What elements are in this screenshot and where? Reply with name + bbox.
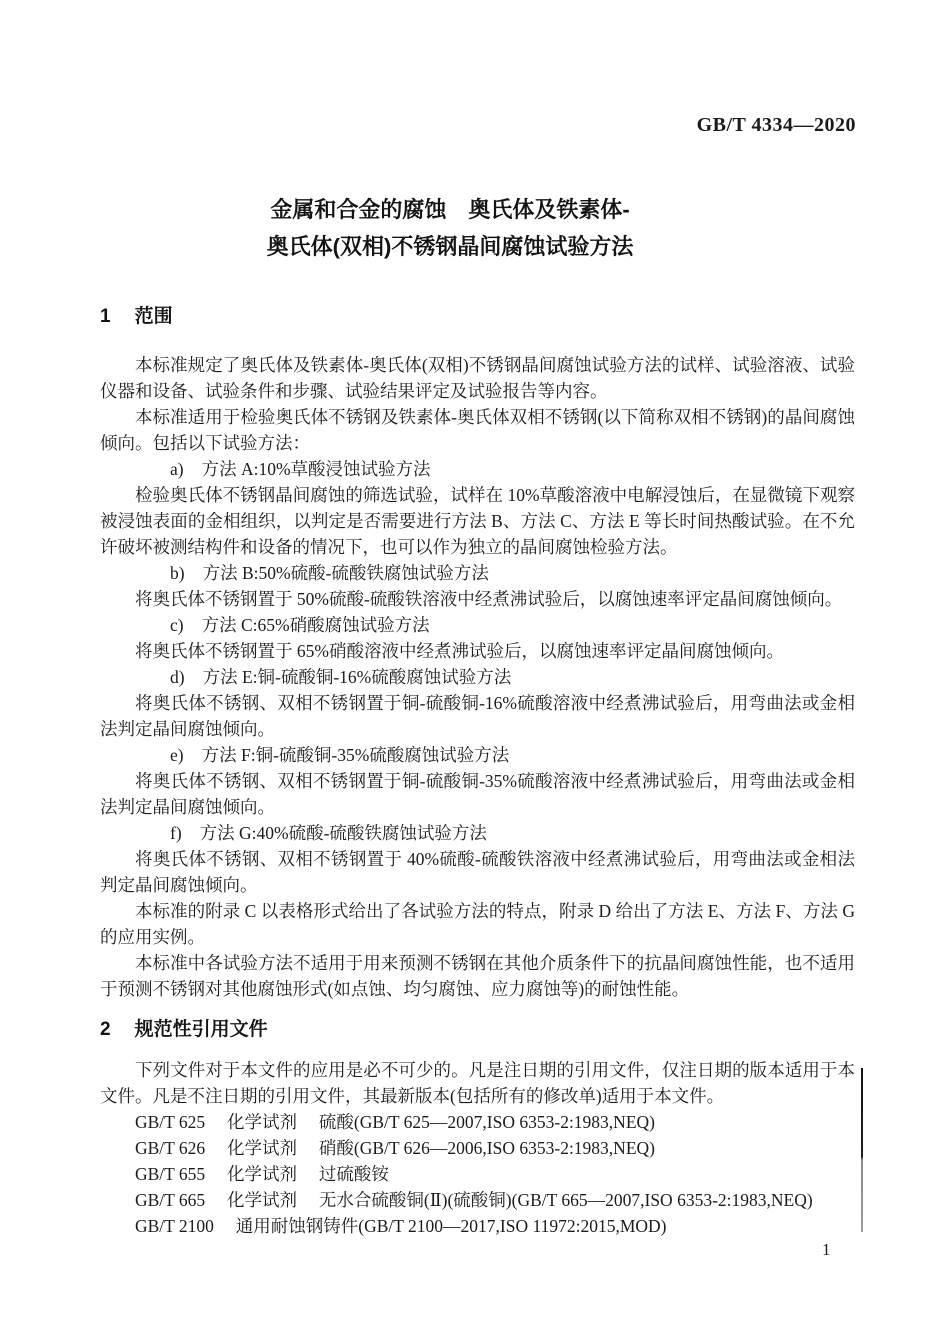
list-item-label: c) [135, 612, 184, 638]
section-2-heading: 2规范性引用文件 [100, 1018, 855, 1042]
document-title: 金属和合金的腐蚀 奥氏体及铁素体- 奥氏体(双相)不锈钢晶间腐蚀试验方法 [100, 191, 855, 265]
paragraph: 将奥氏体不锈钢、双相不锈钢置于铜-硫酸铜-16%硫酸溶液中经煮沸试验后，用弯曲法… [100, 690, 855, 742]
paragraph: 将奥氏体不锈钢置于 50%硫酸-硫酸铁溶液中经煮沸试验后，以腐蚀速率评定晶间腐蚀… [100, 586, 855, 612]
list-item: f)方法 G:40%硫酸-硫酸铁腐蚀试验方法 [100, 820, 855, 846]
paragraph: 本标准适用于检验奥氏体不锈钢及铁素体-奥氏体双相不锈钢(以下简称双相不锈钢)的晶… [100, 404, 855, 456]
paragraph: 将奥氏体不锈钢置于 65%硝酸溶液中经煮沸试验后，以腐蚀速率评定晶间腐蚀倾向。 [100, 638, 855, 664]
reference-entry: GB/T 625 化学试剂 硫酸(GB/T 625—2007,ISO 6353-… [100, 1109, 855, 1135]
paragraph: 将奥氏体不锈钢、双相不锈钢置于 40%硫酸-硫酸铁溶液中经煮沸试验后，用弯曲法或… [100, 846, 855, 898]
paragraph: 本标准的附录 C 以表格形式给出了各试验方法的特点，附录 D 给出了方法 E、方… [100, 898, 855, 950]
standard-code: GB/T 4334—2020 [697, 114, 856, 137]
reference-entry: GB/T 655 化学试剂 过硫酸铵 [100, 1161, 855, 1187]
list-item: b)方法 B:50%硫酸-硫酸铁腐蚀试验方法 [100, 560, 855, 586]
paragraph: 将奥氏体不锈钢、双相不锈钢置于铜-硫酸铜-35%硫酸溶液中经煮沸试验后，用弯曲法… [100, 768, 855, 820]
title-line-2: 奥氏体(双相)不锈钢晶间腐蚀试验方法 [267, 234, 634, 259]
list-item: c)方法 C:65%硝酸腐蚀试验方法 [100, 612, 855, 638]
page-number: 1 [822, 1240, 831, 1260]
list-item-text: 方法 A:10%草酸浸蚀试验方法 [202, 459, 431, 479]
list-item-text: 方法 E:铜-硫酸铜-16%硫酸腐蚀试验方法 [203, 667, 512, 687]
document-body: 1范围 本标准规定了奥氏体及铁素体-奥氏体(双相)不锈钢晶间腐蚀试验方法的试样、… [100, 305, 855, 1239]
section-2-title: 规范性引用文件 [135, 1019, 268, 1040]
section-2-number: 2 [100, 1018, 111, 1042]
list-item: e)方法 F:铜-硫酸铜-35%硫酸腐蚀试验方法 [100, 742, 855, 768]
list-item-text: 方法 B:50%硫酸-硫酸铁腐蚀试验方法 [203, 563, 489, 583]
paragraph: 下列文件对于本文件的应用是必不可少的。凡是注日期的引用文件，仅注日期的版本适用于… [100, 1057, 855, 1109]
list-item-label: b) [135, 560, 185, 586]
reference-entry: GB/T 2100 通用耐蚀钢铸件(GB/T 2100—2017,ISO 119… [100, 1213, 855, 1239]
paragraph: 本标准中各试验方法不适用于用来预测不锈钢在其他介质条件下的抗晶间腐蚀性能，也不适… [100, 950, 855, 1002]
list-item: d)方法 E:铜-硫酸铜-16%硫酸腐蚀试验方法 [100, 664, 855, 690]
list-item-text: 方法 C:65%硝酸腐蚀试验方法 [202, 615, 430, 635]
title-line-1: 金属和合金的腐蚀 奥氏体及铁素体- [270, 197, 629, 222]
section-1-heading: 1范围 [100, 305, 855, 329]
section-1-number: 1 [100, 305, 111, 329]
paragraph: 检验奥氏体不锈钢晶间腐蚀的筛选试验，试样在 10%草酸溶液中电解浸蚀后，在显微镜… [100, 482, 855, 560]
reference-entry: GB/T 626 化学试剂 硝酸(GB/T 626—2006,ISO 6353-… [100, 1135, 855, 1161]
reference-entry: GB/T 665 化学试剂 无水合硫酸铜(Ⅱ)(硫酸铜)(GB/T 665—20… [100, 1187, 855, 1213]
list-item: a)方法 A:10%草酸浸蚀试验方法 [100, 456, 855, 482]
scan-line-artifact [861, 1068, 863, 1232]
document-page: GB/T 4334—2020 金属和合金的腐蚀 奥氏体及铁素体- 奥氏体(双相)… [0, 0, 950, 1344]
list-item-label: d) [135, 664, 185, 690]
list-item-label: e) [135, 742, 184, 768]
list-item-text: 方法 F:铜-硫酸铜-35%硫酸腐蚀试验方法 [202, 745, 510, 765]
list-item-label: f) [135, 820, 182, 846]
list-item-text: 方法 G:40%硫酸-硫酸铁腐蚀试验方法 [200, 823, 487, 843]
list-item-label: a) [135, 456, 184, 482]
paragraph: 本标准规定了奥氏体及铁素体-奥氏体(双相)不锈钢晶间腐蚀试验方法的试样、试验溶液… [100, 352, 855, 404]
section-1-title: 范围 [135, 306, 173, 327]
